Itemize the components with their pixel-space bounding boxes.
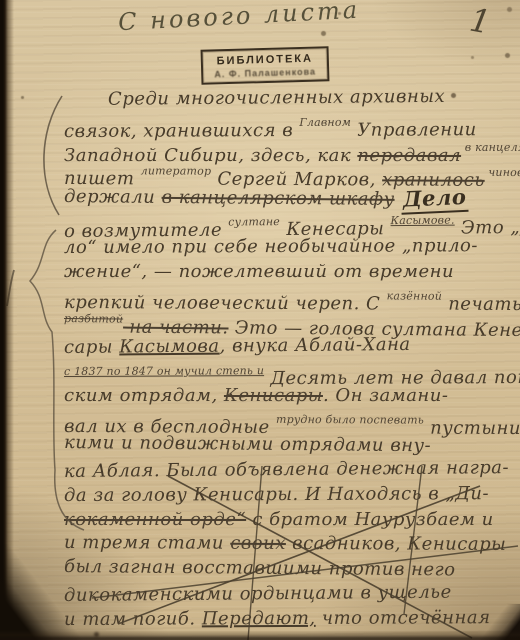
text-run: сары bbox=[64, 336, 119, 357]
text-run: и тремя стами bbox=[64, 532, 230, 554]
manuscript-line: и там погиб. Передают, что отсечённая bbox=[64, 606, 518, 633]
manuscript-line: дикокаменскими ордынцами в ущелье bbox=[64, 580, 518, 609]
inserted-text: чиновники bbox=[485, 166, 520, 179]
inserted-text: Касымове. bbox=[390, 214, 454, 228]
manuscript-line: кокаменной орде“ с братом Наурузбаем и bbox=[64, 508, 518, 533]
manuscript-line: крепкий человеческий череп. С казённой п… bbox=[64, 283, 518, 310]
text-run: с братом Наурузбаем и bbox=[246, 509, 494, 530]
manuscript-line: был загнан восставшими против него bbox=[64, 555, 518, 584]
underlined-text: Касымова bbox=[119, 336, 220, 358]
manuscript-page: С нового листа 1 БИБЛИОТЕКА А. Ф. Палаше… bbox=[0, 0, 520, 640]
margin-paren-mark bbox=[44, 96, 62, 215]
inserted-text: трудно было поспевать bbox=[276, 413, 424, 427]
library-stamp: БИБЛИОТЕКА А. Ф. Палашенкова bbox=[201, 46, 330, 85]
inserted-text: с 1837 по 1847 он мучил степь и bbox=[64, 364, 264, 378]
inserted-text: литератор bbox=[141, 165, 212, 178]
inserted-text: казённой bbox=[387, 290, 442, 303]
manuscript-line: сары Касымова, внука Аблай-Хана bbox=[64, 332, 518, 361]
text-run: дикокаменскими ордынцами в ущелье bbox=[64, 582, 452, 606]
manuscript-line: да за голову Кенисары. И Находясь в „Ди- bbox=[64, 482, 518, 509]
manuscript-line: о возмутителе султане Кенесары Касымове.… bbox=[64, 208, 518, 237]
manuscript-line: ским отрядам, Кенисары. Он замани- bbox=[64, 384, 518, 409]
text-run: ка Аблая. Была объявлена денежная награ- bbox=[64, 457, 509, 482]
text-run: кими и подвижными отрядами вну- bbox=[64, 432, 431, 456]
manuscript-line: с 1837 по 1847 он мучил степь и Десять л… bbox=[64, 358, 518, 385]
paper-specks bbox=[0, 0, 3, 3]
inserted-text: султане bbox=[228, 215, 280, 228]
inserted-text: в канцелярском шкафу bbox=[461, 141, 520, 154]
text-run: всадников, Кенисары bbox=[286, 533, 506, 555]
inserted-text: Главном bbox=[299, 116, 351, 129]
text-run: , внука Аблай-Хана bbox=[219, 334, 410, 357]
manuscript-line: пишет литератор Сергей Марков, хранилось… bbox=[64, 159, 518, 186]
manuscript-line: Среди многочисленных архивных bbox=[108, 84, 518, 112]
manuscript-line: Западной Сибири, здесь, как передавал в … bbox=[64, 136, 518, 161]
manuscript-text: Среди многочисленных архивныхсвязок, хра… bbox=[64, 86, 518, 632]
page-number: 1 bbox=[466, 1, 493, 42]
scan-edge-bottom bbox=[0, 630, 520, 640]
struck-text: своих bbox=[230, 533, 286, 554]
text-run: . Он замани- bbox=[323, 385, 449, 406]
text-run: ским отрядам, bbox=[64, 385, 224, 406]
manuscript-line: и тремя стами своих всадников, Кенисары bbox=[64, 531, 518, 558]
text-run: был загнан восставшими против него bbox=[64, 556, 456, 580]
manuscript-line: вал их в бесплодные трудно было поспеват… bbox=[64, 407, 518, 434]
struck-text: в канцелярском шкафу bbox=[161, 187, 394, 210]
manuscript-line: ло“ имело при себе необычайное „прило- bbox=[64, 234, 518, 261]
manuscript-line: жение“, — пожелтевший от времени bbox=[64, 260, 518, 285]
text-run: да за голову Кенисары. И Находясь в „Ди- bbox=[64, 483, 489, 506]
stamp-line2: А. Ф. Палашенкова bbox=[207, 66, 323, 79]
underlined-text: Передают, bbox=[202, 608, 316, 629]
text-run: что отсечённая bbox=[316, 607, 491, 629]
manuscript-line: связок, хранившихся в Главном Управлении bbox=[64, 110, 518, 137]
text-run: держали bbox=[64, 186, 162, 208]
text-run: жение“, — пожелтевший от времени bbox=[64, 261, 454, 282]
scan-corner-bottom-left bbox=[0, 544, 86, 640]
manuscript-line: ка Аблая. Была объявлена денежная награ- bbox=[64, 456, 518, 485]
struck-text: кокаменной орде“ bbox=[64, 509, 246, 530]
text-run: Среди многочисленных архивных bbox=[108, 86, 445, 110]
header-note: С нового листа bbox=[117, 0, 358, 36]
stamp-line1: БИБЛИОТЕКА bbox=[207, 52, 323, 67]
text-run: ло“ имело при себе необычайное „прило- bbox=[64, 235, 478, 258]
struck-text: Кенисары bbox=[224, 385, 323, 406]
inserted-text: разбитой bbox=[64, 312, 123, 326]
